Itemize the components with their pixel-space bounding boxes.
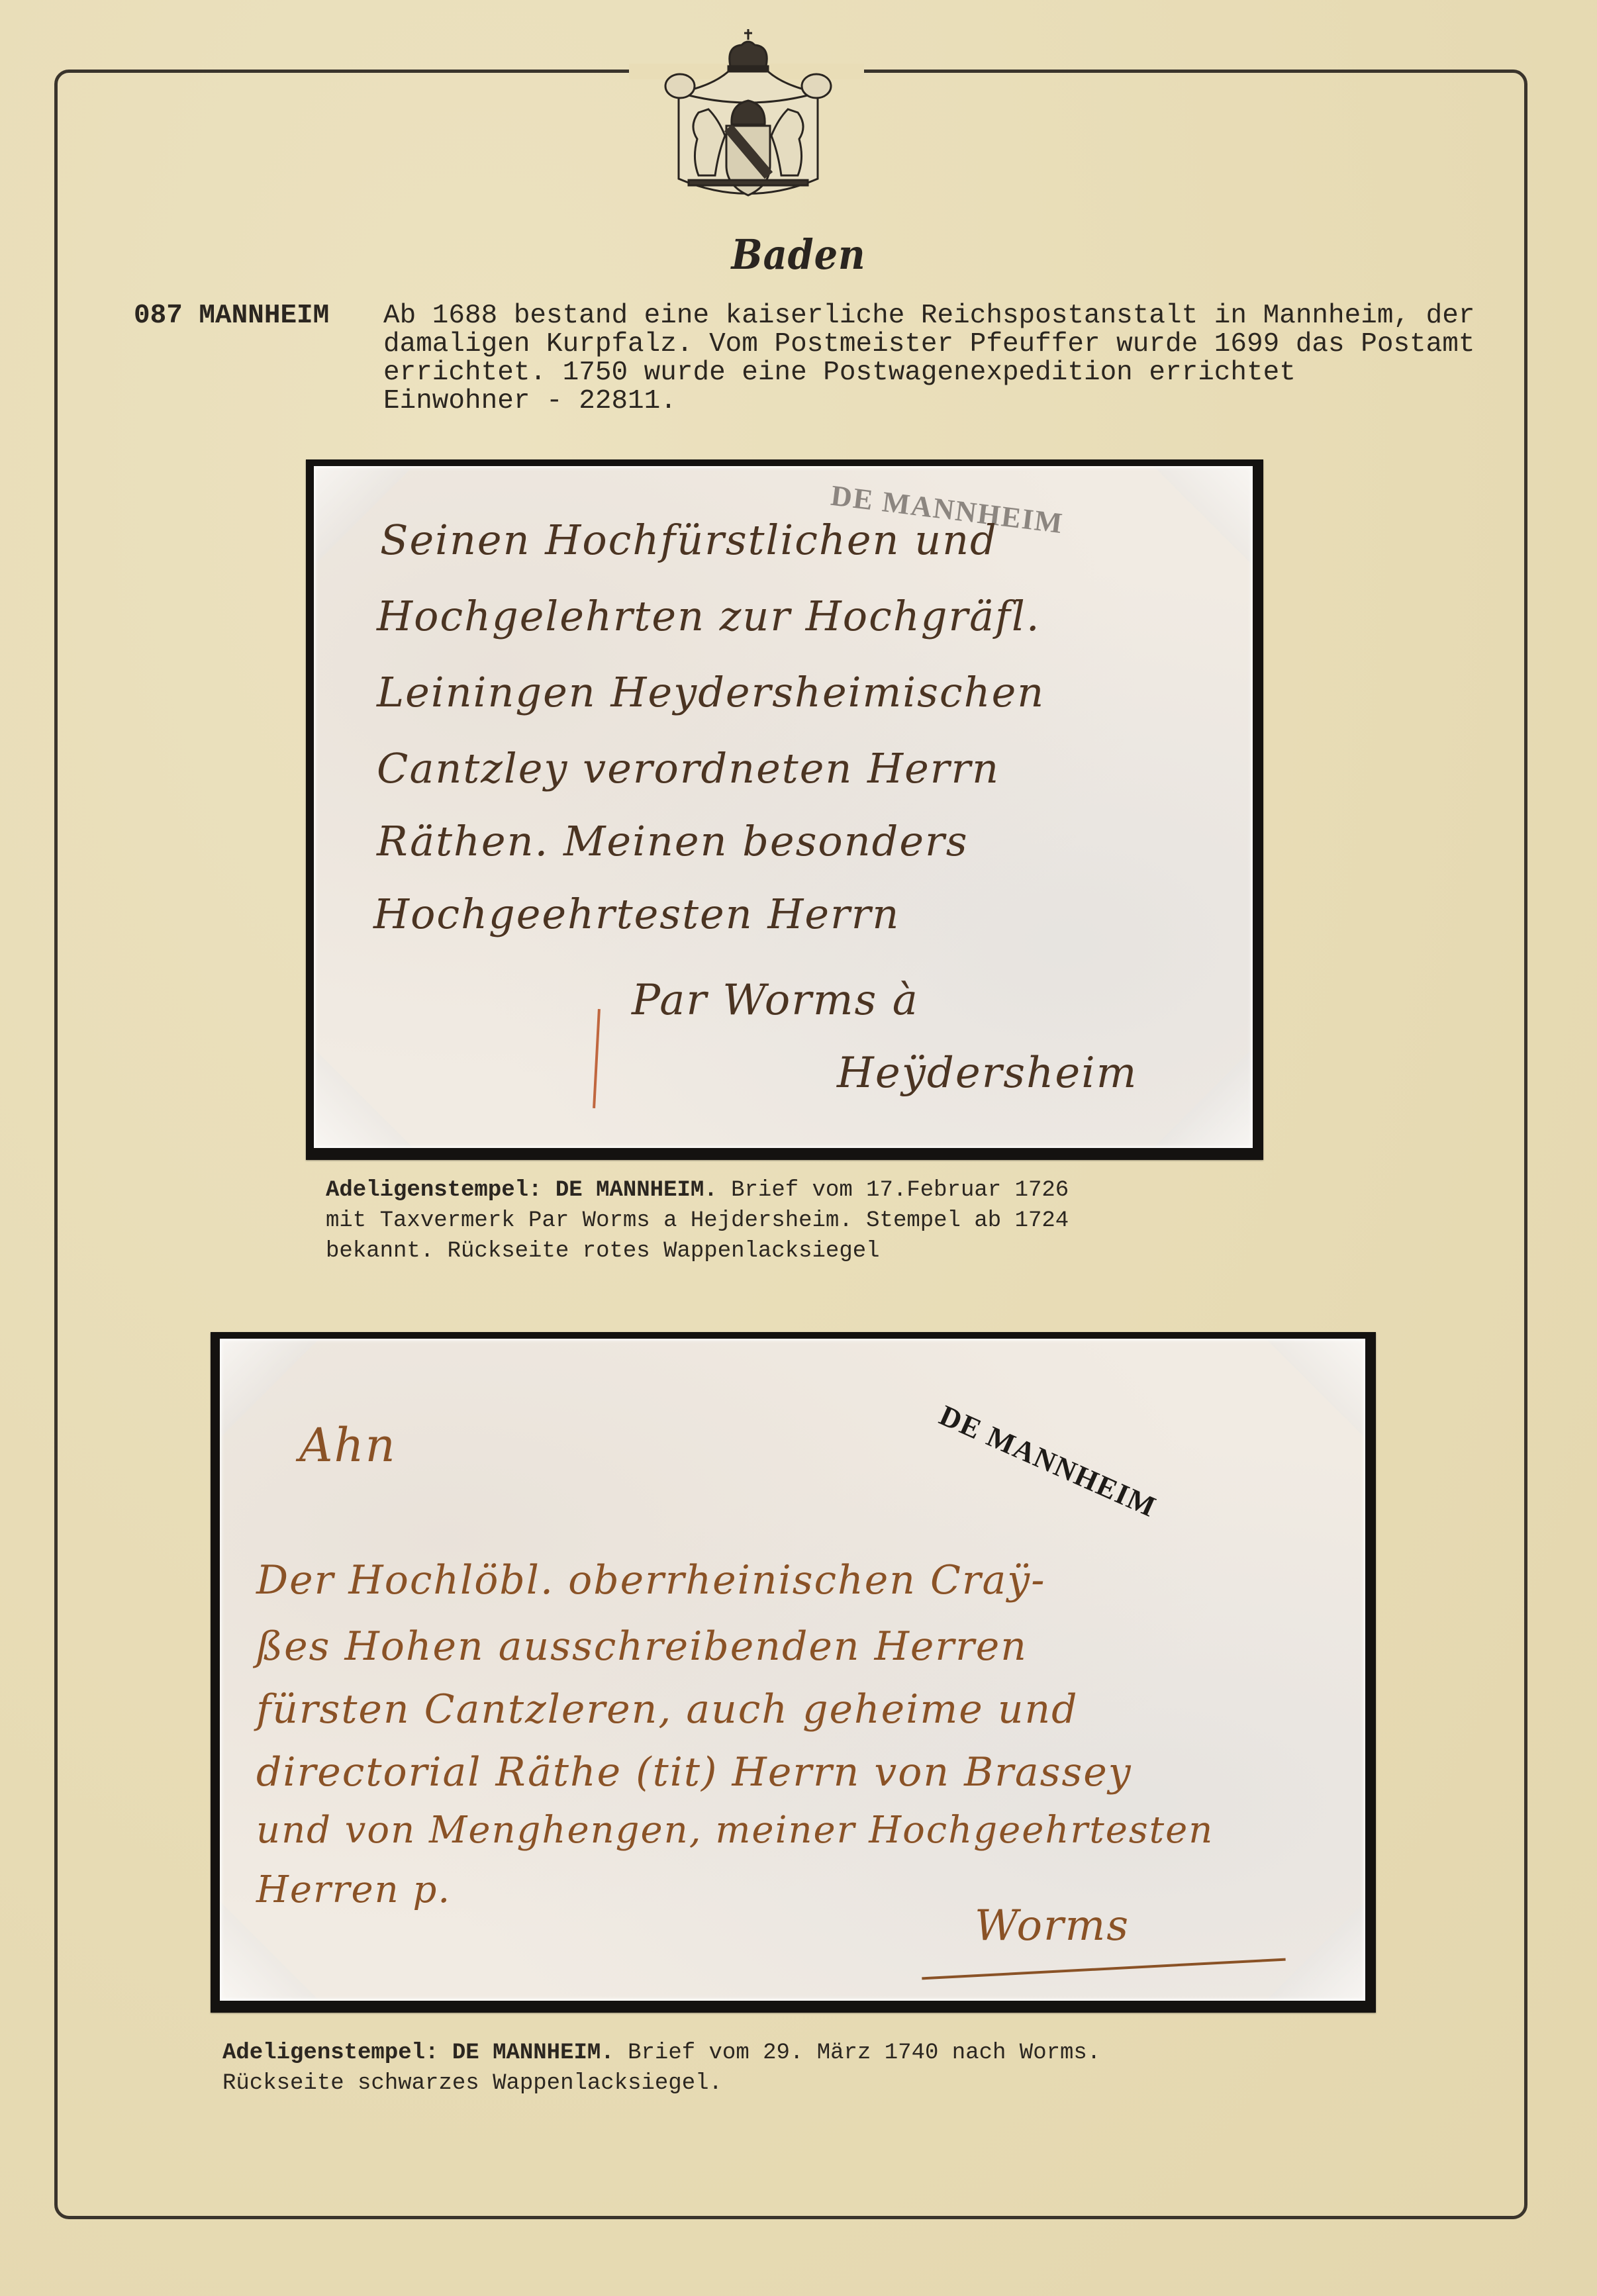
coat-of-arms-icon — [652, 26, 844, 205]
caption-line: bekannt. Rückseite rotes Wappenlacksiege… — [326, 1236, 1069, 1267]
entry-number: 087 — [134, 301, 183, 331]
entry-place: MANNHEIM — [199, 301, 329, 331]
caption-bold: Adeligenstempel: DE MANNHEIM. — [222, 2040, 614, 2066]
intro-line: damaligen Kurpfalz. Vom Postmeister Pfeu… — [383, 330, 1509, 359]
intro-line: Ab 1688 bestand eine kaiserliche Reichsp… — [383, 302, 1509, 330]
protective-sleeve — [314, 466, 1253, 1148]
cover-1-caption: Adeligenstempel: DE MANNHEIM. Brief vom … — [326, 1175, 1069, 1267]
intro-line: errichtet. 1750 wurde eine Postwagenexpe… — [383, 359, 1509, 387]
entry-heading: 087 MANNHEIM — [134, 302, 329, 330]
caption-text: Brief vom 17.Februar 1726 — [718, 1178, 1069, 1203]
intro-line: Einwohner - 22811. — [383, 387, 1509, 416]
caption-line: mit Taxvermerk Par Worms a Hejdersheim. … — [326, 1206, 1069, 1236]
caption-bold: Adeligenstempel: DE MANNHEIM. — [326, 1178, 718, 1203]
cover-2-mount: DE MANNHEIM Ahn Der Hochlöbl. oberrheini… — [211, 1332, 1376, 2013]
cover-2-letter: DE MANNHEIM Ahn Der Hochlöbl. oberrheini… — [220, 1339, 1365, 2001]
cover-2-caption: Adeligenstempel: DE MANNHEIM. Brief vom … — [222, 2038, 1100, 2099]
intro-text: Ab 1688 bestand eine kaiserliche Reichsp… — [383, 302, 1509, 416]
cover-1-letter: DE MANNHEIM Seinen Hochfürstlichen und H… — [314, 466, 1253, 1148]
caption-line: Rückseite schwarzes Wappenlacksiegel. — [222, 2068, 1100, 2099]
cover-1-mount: DE MANNHEIM Seinen Hochfürstlichen und H… — [306, 459, 1263, 1160]
protective-sleeve — [220, 1339, 1365, 2001]
page-title: Baden — [80, 230, 1518, 279]
caption-text: Brief vom 29. März 1740 nach Worms. — [614, 2040, 1101, 2066]
